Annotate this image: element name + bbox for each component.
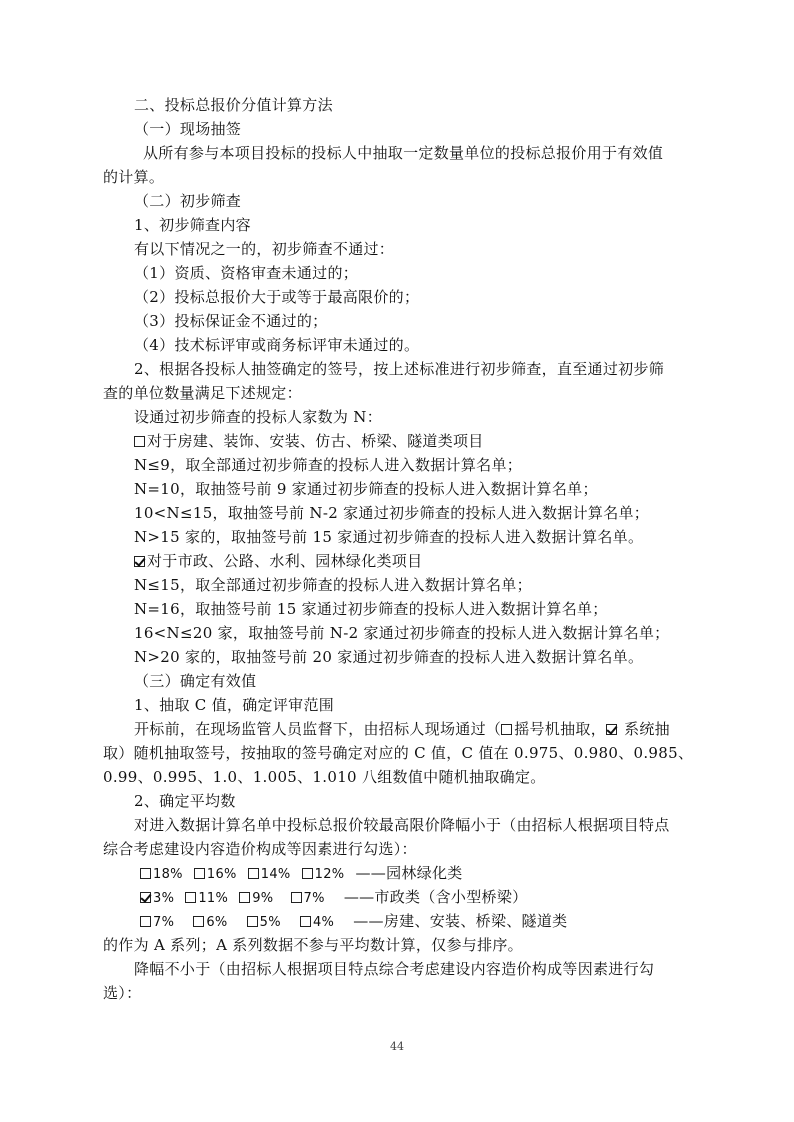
option-lottery-machine: 摇号机抽取， — [514, 720, 606, 738]
category-a-option[interactable]: 对于房建、装饰、安装、仿古、桥梁、隧道类项目 — [134, 431, 734, 451]
paragraph-line: 有以下情况之一的，初步筛查不通过： — [134, 239, 734, 259]
paragraph-line: 的计算。 — [103, 167, 703, 187]
rate-row-municipal: 3% 11% 9% 7% ——市政类（含小型桥梁） — [140, 887, 740, 909]
rule-line: N>15 家的，取抽签号前 15 家通过初步筛查的投标人进入数据计算名单。 — [134, 527, 734, 547]
checkbox-unchecked-icon[interactable] — [302, 868, 313, 879]
checkbox-unchecked-icon[interactable] — [291, 892, 302, 903]
rule-line: 10<N≤15，取抽签号前 N-2 家通过初步筛查的投标人进入数据计算名单； — [134, 503, 734, 523]
rate-row-building: 7% 6% 5% 4% ——房建、安装、桥梁、隧道类 — [140, 911, 740, 933]
checkbox-unchecked-icon[interactable] — [185, 892, 196, 903]
paragraph-line: 的作为 A 系列；A 系列数据不参与平均数计算，仅参与排序。 — [103, 935, 703, 955]
document-page: 二、投标总报价分值计算方法 （一）现场抽签 从所有参与本项目投标的投标人中抽取一… — [0, 0, 794, 1122]
paragraph-line: 取）随机抽取签号，按抽取的签号确定对应的 C 值，C 值在 0.975、0.98… — [103, 743, 703, 763]
checkbox-checked-icon[interactable] — [140, 892, 151, 903]
condition-item: （4）技术标评审或商务标评审未通过的。 — [134, 335, 734, 355]
rule-line: N>20 家的，取抽签号前 20 家通过初步筛查的投标人进入数据计算名单。 — [134, 647, 734, 667]
category-b-label: 对于市政、公路、水利、园林绿化类项目 — [147, 552, 422, 570]
paragraph-line: 综合考虑建设内容造价构成等因素进行勾选）： — [103, 839, 703, 859]
rate-category-label: ——市政类（含小型桥梁） — [344, 888, 528, 906]
item-title: 1、抽取 C 值，确定评审范围 — [134, 695, 734, 715]
checkbox-unchecked-icon[interactable] — [501, 724, 512, 735]
checkbox-checked-icon[interactable] — [134, 556, 145, 567]
page-number: 44 — [0, 1040, 794, 1053]
option-system: 系统抽 — [619, 720, 670, 738]
checkbox-unchecked-icon[interactable] — [140, 868, 151, 879]
rule-line: 16<N≤20 家，取抽签号前 N-2 家通过初步筛查的投标人进入数据计算名单； — [134, 623, 734, 643]
checkbox-unchecked-icon[interactable] — [239, 892, 250, 903]
paragraph-line: 降幅不小于（由招标人根据项目特点综合考虑建设内容造价构成等因素进行勾 — [134, 959, 734, 979]
subsection-title-valid-value: （三）确定有效值 — [134, 671, 734, 691]
rule-line: N=16，取抽签号前 15 家通过初步筛查的投标人进入数据计算名单； — [134, 599, 734, 619]
checkbox-unchecked-icon[interactable] — [247, 916, 258, 927]
checkbox-unchecked-icon[interactable] — [248, 868, 259, 879]
checkbox-unchecked-icon[interactable] — [140, 916, 151, 927]
checkbox-unchecked-icon[interactable] — [194, 868, 205, 879]
rate-category-label: ——园林绿化类 — [356, 864, 463, 882]
paragraph-line: 从所有参与本项目投标的投标人中抽取一定数量单位的投标总报价用于有效值 — [143, 143, 743, 163]
paragraph-line: 查的单位数量满足下述规定： — [103, 383, 703, 403]
rule-line: N=10，取抽签号前 9 家通过初步筛查的投标人进入数据计算名单； — [134, 479, 734, 499]
item-title: 1、初步筛查内容 — [134, 215, 734, 235]
subsection-title-draw: （一）现场抽签 — [134, 119, 734, 139]
section-title: 二、投标总报价分值计算方法 — [134, 95, 734, 115]
paragraph-line: 对进入数据计算名单中投标总报价较最高限价降幅小于（由招标人根据项目特点 — [134, 815, 734, 835]
paragraph-line: 0.99、0.995、1.0、1.005、1.010 八组数值中随机抽取确定。 — [103, 767, 703, 787]
condition-item: （2）投标总报价大于或等于最高限价的； — [134, 287, 734, 307]
paragraph-line: 设通过初步筛查的投标人家数为 N： — [134, 407, 734, 427]
condition-item: （1）资质、资格审查未通过的； — [134, 263, 734, 283]
rule-line: N≤9，取全部通过初步筛查的投标人进入数据计算名单； — [134, 455, 734, 475]
category-a-label: 对于房建、装饰、安装、仿古、桥梁、隧道类项目 — [147, 432, 484, 450]
rate-row-landscape: 18% 16% 14% 12% ——园林绿化类 — [140, 863, 740, 885]
checkbox-unchecked-icon[interactable] — [300, 916, 311, 927]
paragraph-line: 2、根据各投标人抽签确定的签号，按上述标准进行初步筛查，直至通过初步筛 — [134, 359, 734, 379]
paragraph-line: 选）： — [103, 983, 703, 1003]
rate-category-label: ——房建、安装、桥梁、隧道类 — [353, 912, 567, 930]
paragraph-line-draw-method: 开标前，在现场监管人员监督下，由招标人现场通过（摇号机抽取， 系统抽 — [134, 719, 734, 739]
rule-line: N≤15，取全部通过初步筛查的投标人进入数据计算名单； — [134, 575, 734, 595]
category-b-option[interactable]: 对于市政、公路、水利、园林绿化类项目 — [134, 551, 734, 571]
checkbox-unchecked-icon[interactable] — [193, 916, 204, 927]
item-title: 2、确定平均数 — [134, 791, 734, 811]
checkbox-checked-icon[interactable] — [606, 724, 617, 735]
subsection-title-screening: （二）初步筛查 — [134, 191, 734, 211]
condition-item: （3）投标保证金不通过的； — [134, 311, 734, 331]
checkbox-unchecked-icon[interactable] — [134, 436, 145, 447]
